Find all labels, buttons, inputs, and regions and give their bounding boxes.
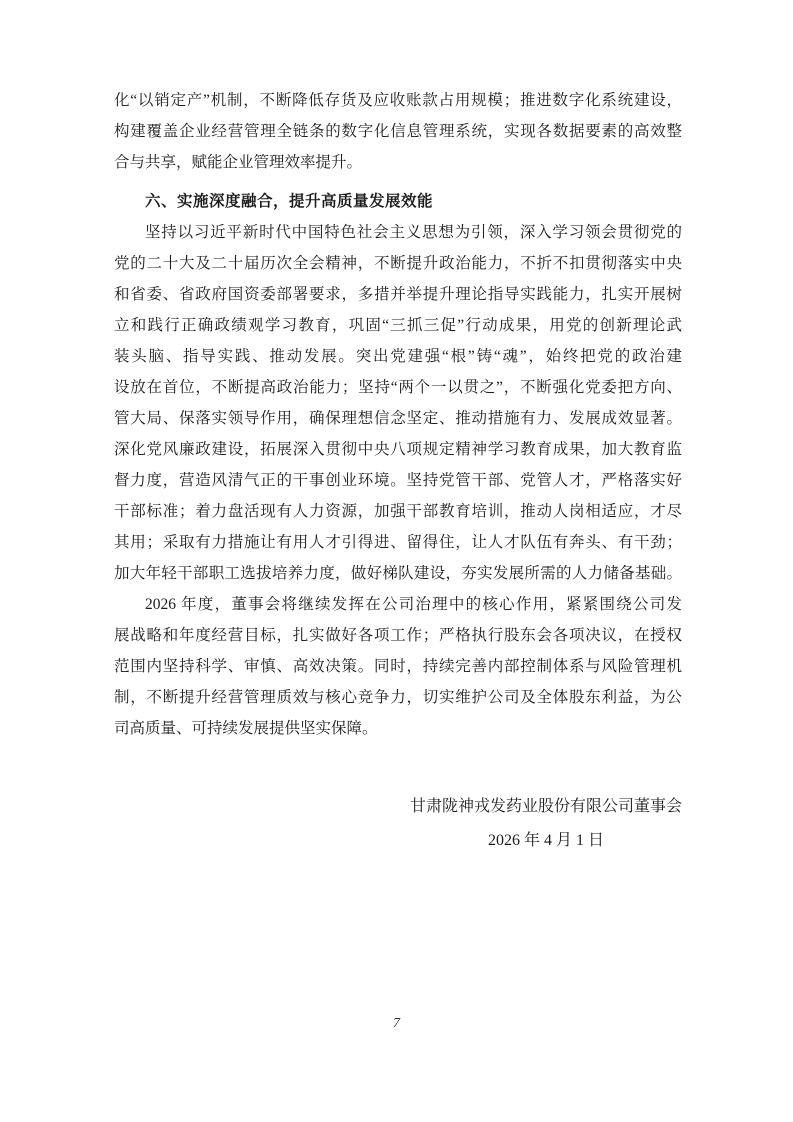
text-line: 坚持以习近平新时代中国特色社会主义思想为引领，深入学习领会贯彻党的 (114, 217, 682, 248)
text-line: 立和践行正确政绩观学习教育，巩固“三抓三促”行动成果，用党的创新理论武 (114, 310, 682, 341)
text-line: 装头脑、指导实践、推动发展。突出党建强“根”铸“魂”，始终把党的政治建 (114, 341, 682, 372)
text-line: 范围内坚持科学、审慎、高效决策。同时，持续完善内部控制体系与风险管理机 (114, 651, 682, 682)
page-number: 7 (0, 1016, 793, 1032)
text-line: 合与共享，赋能企业管理效率提升。 (114, 147, 682, 178)
document-body: 化“以销定产”机制，不断降低存货及应收账款占用规模；推进数字化系统建设， 构建覆… (114, 85, 682, 858)
text-line: 构建覆盖企业经营管理全链条的数字化信息管理系统，实现各数据要素的高效整 (114, 116, 682, 147)
signature-company: 甘肃陇神戎发药业股份有限公司董事会 (410, 790, 682, 824)
text-line: 制，不断提升经营管理质效与核心竞争力，切实维护公司及全体股东利益，为公 (114, 682, 682, 713)
text-line: 干部标准；着力盘活现有人力资源，加强干部教育培训，推动人岗相适应，才尽 (114, 496, 682, 527)
signature-inner: 甘肃陇神戎发药业股份有限公司董事会 2026 年 4 月 1 日 (410, 790, 682, 858)
signature-date: 2026 年 4 月 1 日 (410, 824, 682, 858)
text-line: 和省委、省政府国资委部署要求，多措并举提升理论指导实践能力，扎实开展树 (114, 279, 682, 310)
text-line: 司高质量、可持续发展提供坚实保障。 (114, 713, 682, 744)
text-line: 2026 年度，董事会将继续发挥在公司治理中的核心作用，紧紧围绕公司发 (114, 589, 682, 620)
text-line: 管大局、保落实领导作用，确保理想信念坚定、推动措施有力、发展成效显著。 (114, 403, 682, 434)
text-line: 深化党风廉政建设，拓展深入贯彻中央八项规定精神学习教育成果，加大教育监 (114, 434, 682, 465)
text-line: 加大年轻干部职工选拔培养力度，做好梯队建设，夯实发展所需的人力储备基础。 (114, 558, 682, 589)
text-line: 党的二十大及二十届历次全会精神，不断提升政治能力，不折不扣贯彻落实中央 (114, 248, 682, 279)
signature-block: 甘肃陇神戎发药业股份有限公司董事会 2026 年 4 月 1 日 (114, 790, 682, 858)
text-line: 其用；采取有力措施让有用人才引得进、留得住，让人才队伍有奔头、有干劲； (114, 527, 682, 558)
text-line: 设放在首位，不断提高政治能力；坚持“两个一以贯之”，不断强化党委把方向、 (114, 372, 682, 403)
section-heading: 六、实施深度融合，提升高质量发展效能 (114, 186, 682, 217)
text-line: 化“以销定产”机制，不断降低存货及应收账款占用规模；推进数字化系统建设， (114, 85, 682, 116)
text-line: 督力度，营造风清气正的干事创业环境。坚持党管干部、党管人才，严格落实好 (114, 465, 682, 496)
text-line: 展战略和年度经营目标，扎实做好各项工作；严格执行股东会各项决议，在授权 (114, 620, 682, 651)
document-page: 化“以销定产”机制，不断降低存货及应收账款占用规模；推进数字化系统建设， 构建覆… (0, 0, 793, 1122)
